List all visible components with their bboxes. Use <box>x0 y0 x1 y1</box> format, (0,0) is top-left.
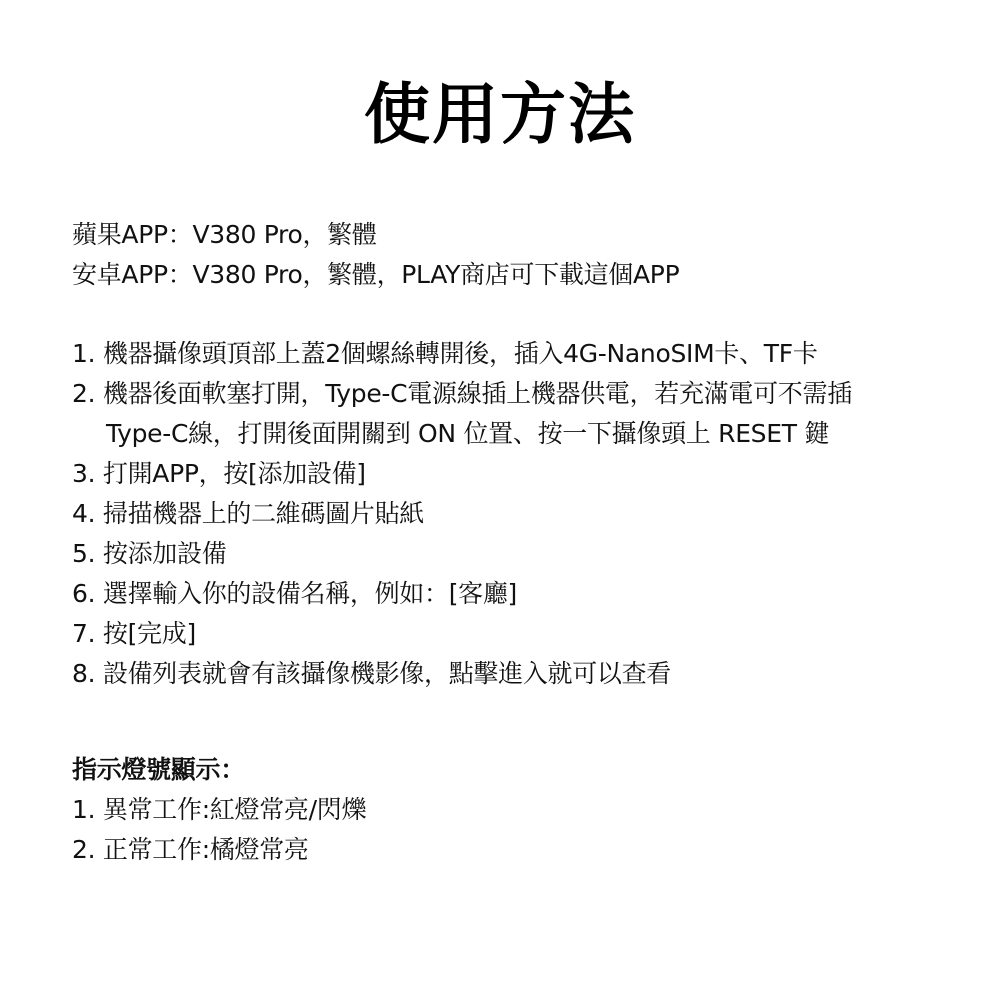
step-2: 2. 機器後面軟塞打開，Type-C電源線插上機器供電，若充滿電可不需插 <box>72 374 972 414</box>
step-7: 7. 按[完成] <box>72 614 972 654</box>
indicator-item-abnormal: 1. 異常工作:紅燈常亮/閃爍 <box>72 790 972 830</box>
step-4: 4. 掃描機器上的二維碼圖片貼紙 <box>72 494 972 534</box>
android-app-line: 安卓APP：V380 Pro，繁體，PLAY商店可下載這個APP <box>72 255 972 295</box>
app-info-section: 蘋果APP：V380 Pro，繁體 安卓APP：V380 Pro，繁體，PLAY… <box>72 215 972 295</box>
step-6: 6. 選擇輸入你的設備名稱，例如：[客廳] <box>72 574 972 614</box>
page-title: 使用方法 <box>0 72 1000 158</box>
step-3: 3. 打開APP，按[添加設備] <box>72 454 972 494</box>
step-2-continuation: Type-C線，打開後面開關到 ON 位置、按一下攝像頭上 RESET 鍵 <box>72 414 972 454</box>
indicator-item-normal: 2. 正常工作:橘燈常亮 <box>72 830 972 870</box>
indicator-light-section: 指示燈號顯示： 1. 異常工作:紅燈常亮/閃爍 2. 正常工作:橘燈常亮 <box>72 750 972 870</box>
step-1: 1. 機器攝像頭頂部上蓋2個螺絲轉開後，插入4G-NanoSIM卡、TF卡 <box>72 334 972 374</box>
indicator-heading: 指示燈號顯示： <box>72 750 972 790</box>
ios-app-line: 蘋果APP：V380 Pro，繁體 <box>72 215 972 255</box>
step-5: 5. 按添加設備 <box>72 534 972 574</box>
step-8: 8. 設備列表就會有該攝像機影像，點擊進入就可以查看 <box>72 654 972 694</box>
setup-steps-list: 1. 機器攝像頭頂部上蓋2個螺絲轉開後，插入4G-NanoSIM卡、TF卡 2.… <box>72 334 972 694</box>
